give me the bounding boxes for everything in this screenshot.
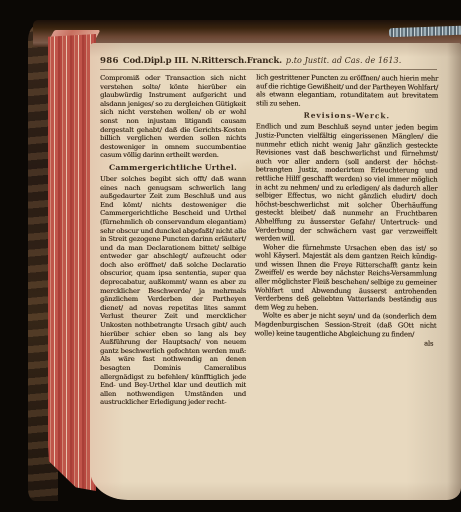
right-paragraph-3: Woher die fürnehmste Ursachen eben das i…: [254, 243, 436, 313]
left-column-heading: Cammergerichtliche Urthel.: [100, 163, 246, 173]
left-paragraph-2: Uber solches begibt sich offt/ daß wann …: [100, 175, 246, 407]
right-paragraph-4: Wolte es aber je nicht seyn/ und da (son…: [254, 312, 436, 339]
running-head-latin: p.to Justit. ad Cas. de 1613.: [286, 55, 402, 66]
right-column-heading: Revisions-Werck.: [256, 111, 438, 122]
catchword: als: [254, 339, 436, 349]
text-columns: Compromiß oder Transaction sich nicht ve…: [100, 74, 437, 407]
red-fore-edge: [48, 34, 96, 491]
right-column: lich gestrittener Puncten zu eröffnen/ a…: [254, 73, 438, 407]
page-number: 986: [100, 56, 119, 67]
book-photo: 986 Cod.Dipl.p III. N.Rittersch.Franck. …: [0, 0, 461, 512]
right-paragraph-2: Endlich und zum Beschluß seynd unter jed…: [255, 123, 438, 245]
right-paragraph-1: lich gestrittener Puncten zu eröffnen/ a…: [256, 73, 438, 109]
left-paragraph-1: Compromiß oder Transaction sich nicht ve…: [100, 74, 246, 160]
running-head-title: Cod.Dipl.p III. N.Rittersch.Franck.: [123, 56, 282, 67]
printed-content: 986 Cod.Dipl.p III. N.Rittersch.Franck. …: [100, 55, 437, 407]
running-head: 986 Cod.Dipl.p III. N.Rittersch.Franck. …: [100, 55, 437, 70]
left-column: Compromiß oder Transaction sich nicht ve…: [100, 74, 246, 407]
